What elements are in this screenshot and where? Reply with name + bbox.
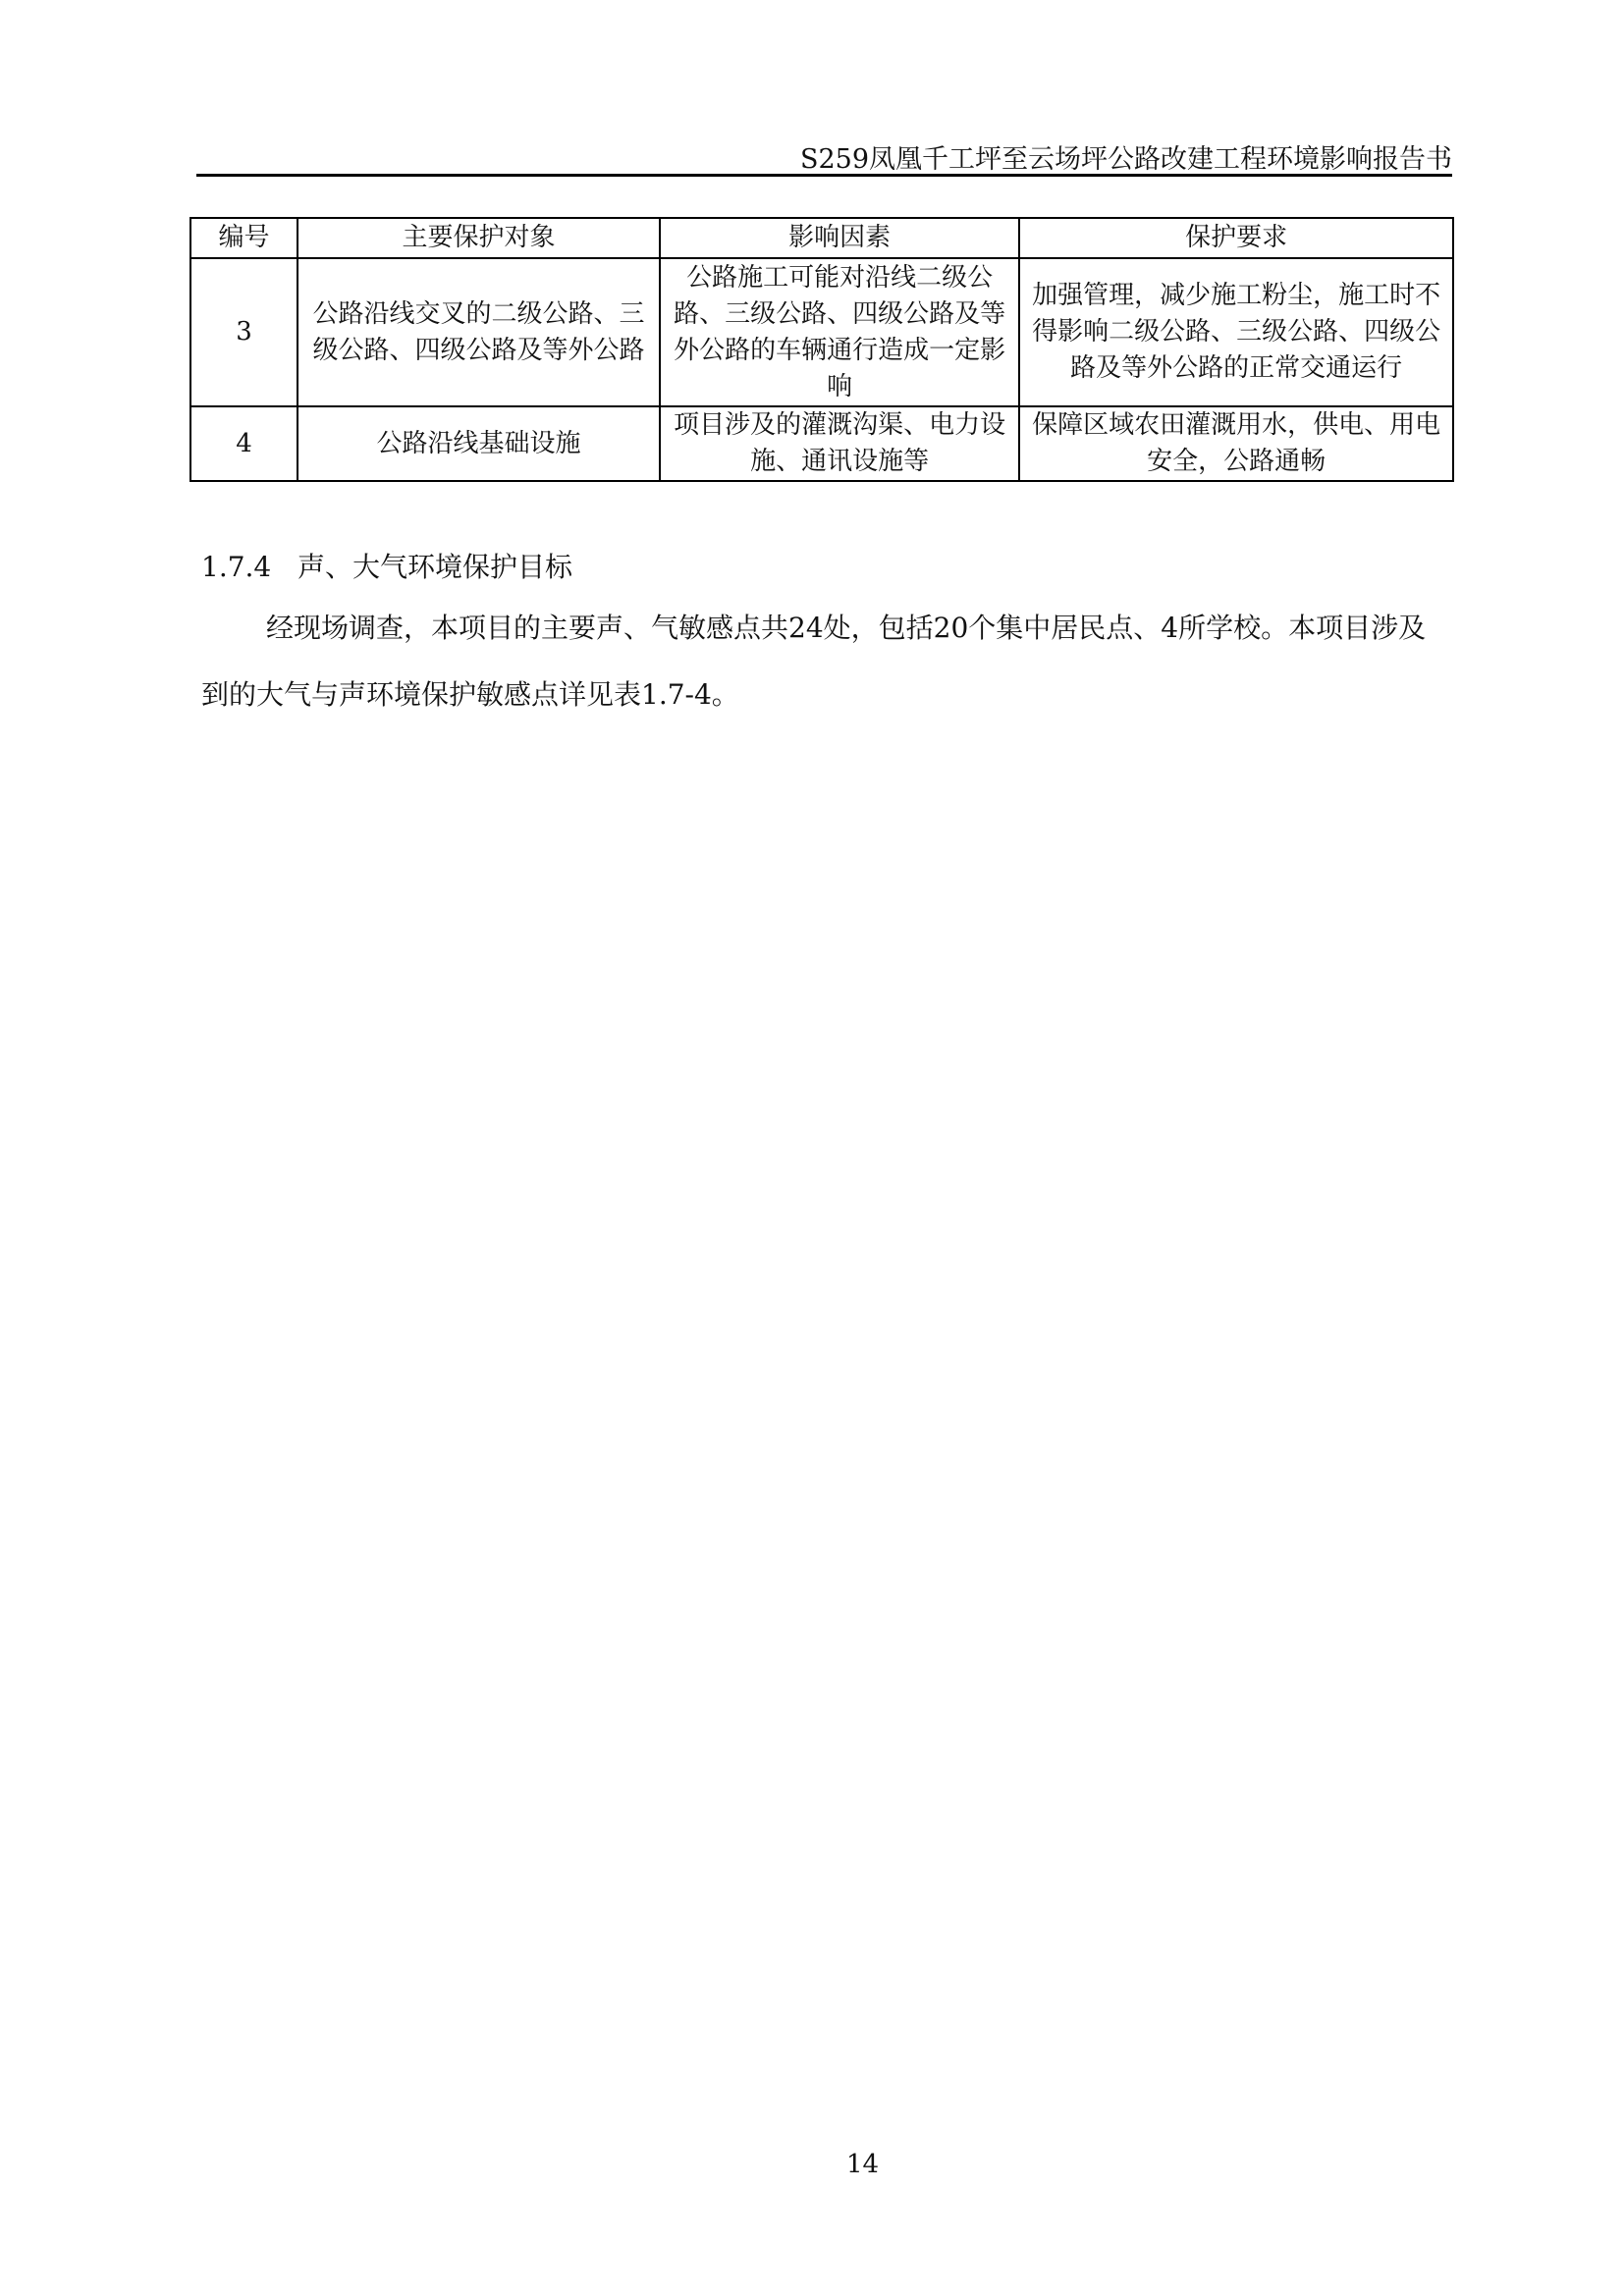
- cell-object: 公路沿线交叉的二级公路、三级公路、四级公路及等外公路: [298, 258, 660, 406]
- header-rule: [196, 174, 1452, 177]
- col-header-no: 编号: [190, 218, 298, 258]
- cell-requirement: 加强管理，减少施工粉尘，施工时不得影响二级公路、三级公路、四级公路及等外公路的正…: [1019, 258, 1453, 406]
- table-header-row: 编号 主要保护对象 影响因素 保护要求: [190, 218, 1453, 258]
- table-row: 3 公路沿线交叉的二级公路、三级公路、四级公路及等外公路 公路施工可能对沿线二级…: [190, 258, 1453, 406]
- section-heading: 1.7.4 声、大气环境保护目标: [201, 546, 572, 585]
- cell-factor: 公路施工可能对沿线二级公路、三级公路、四级公路及等外公路的车辆通行造成一定影响: [660, 258, 1019, 406]
- col-header-object: 主要保护对象: [298, 218, 660, 258]
- col-header-requirement: 保护要求: [1019, 218, 1453, 258]
- table-row: 4 公路沿线基础设施 项目涉及的灌溉沟渠、电力设施、通讯设施等 保障区域农田灌溉…: [190, 406, 1453, 481]
- cell-factor: 项目涉及的灌溉沟渠、电力设施、通讯设施等: [660, 406, 1019, 481]
- col-header-factor: 影响因素: [660, 218, 1019, 258]
- cell-object: 公路沿线基础设施: [298, 406, 660, 481]
- section-number: 1.7.4: [201, 551, 271, 583]
- cell-requirement: 保障区域农田灌溉用水，供电、用电安全，公路通畅: [1019, 406, 1453, 481]
- section-title: 声、大气环境保护目标: [298, 551, 572, 583]
- page-number: 14: [846, 2150, 879, 2179]
- body-paragraph: 经现场调查，本项目的主要声、气敏感点共24处，包括20个集中居民点、4所学校。本…: [201, 595, 1448, 728]
- protection-table: 编号 主要保护对象 影响因素 保护要求 3 公路沿线交叉的二级公路、三级公路、四…: [189, 217, 1454, 482]
- cell-no: 4: [190, 406, 298, 481]
- cell-no: 3: [190, 258, 298, 406]
- page-header: S259凤凰千工坪至云场坪公路改建工程环境影响报告书: [196, 137, 1452, 176]
